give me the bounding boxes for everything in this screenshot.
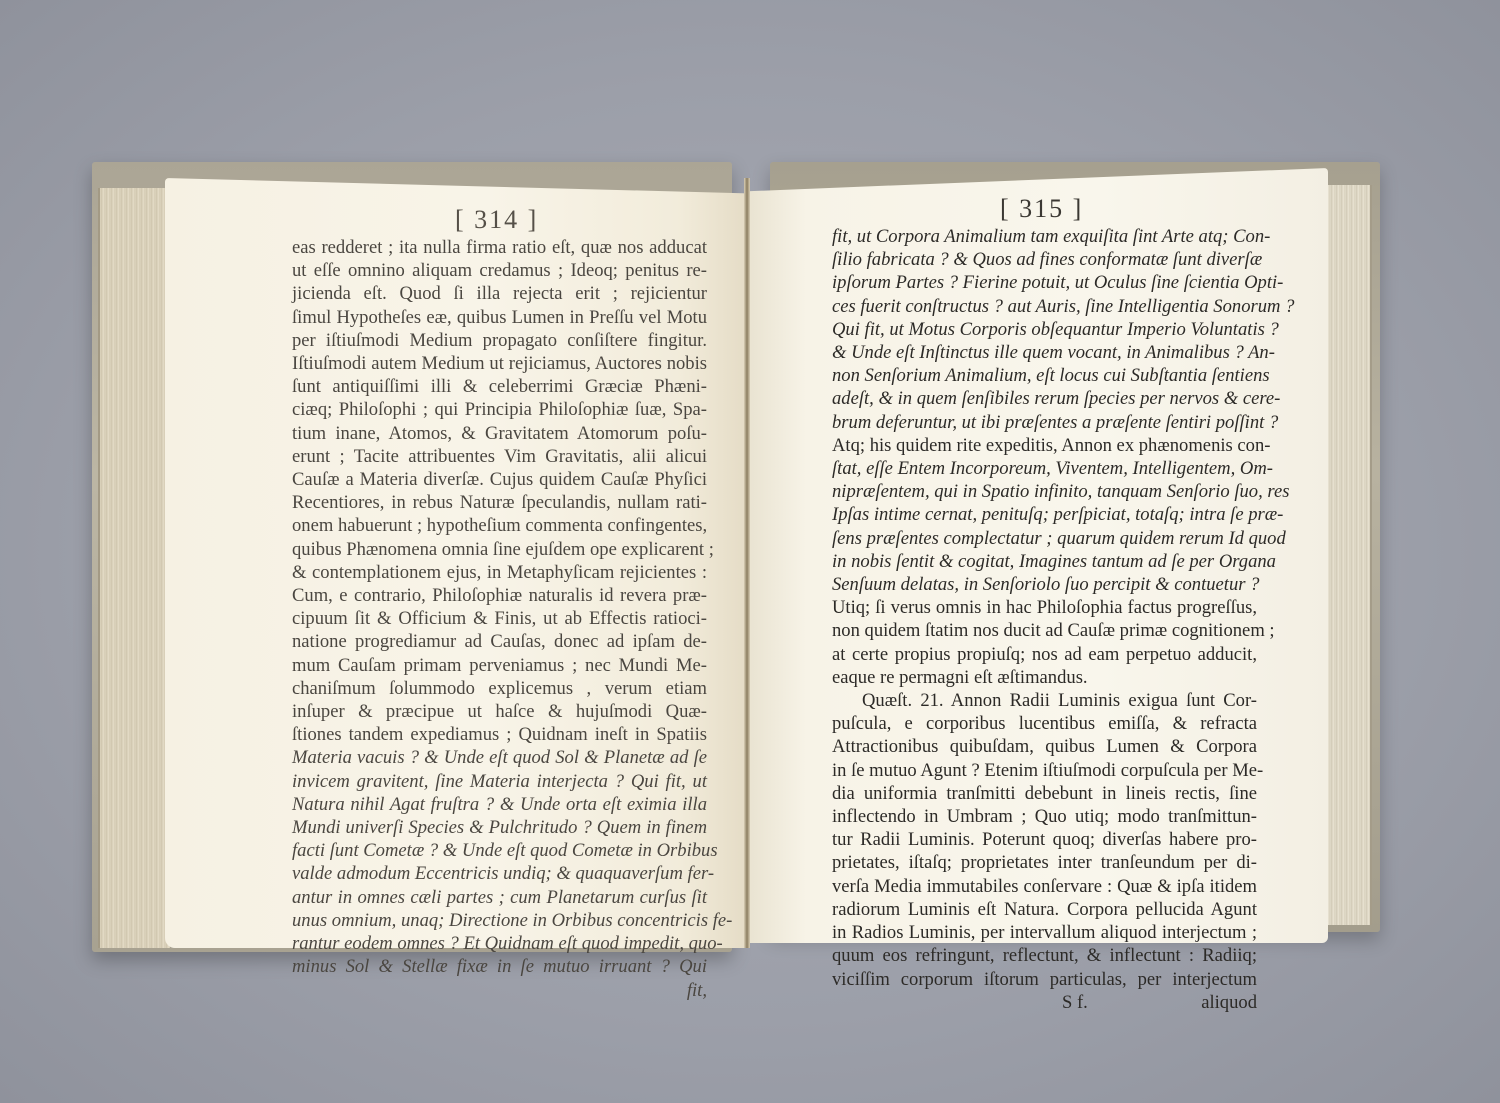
text-line: tium inane, Atomos, & Gravitatem Atomoru… — [292, 422, 707, 445]
text-line: radiorum Luminis eſt Natura. Corpora pel… — [832, 898, 1257, 921]
text-line: quibus Phænomena omnia ſine ejuſdem ope … — [292, 538, 707, 561]
text-line: Attractionibus quibuſdam, quibus Lumen &… — [832, 735, 1257, 758]
text-line: eaque re permagni eſt æſtimandus. — [832, 666, 1257, 689]
text-line: ſtiones tandem expediamus ; Quidnam ineſ… — [292, 723, 707, 746]
text-line: Natura nihil Agat fruſtra ? & Unde orta … — [292, 793, 707, 816]
text-line: in ſe mutuo Agunt ? Etenim iſtiuſmodi co… — [832, 759, 1257, 782]
left-page-text: eas redderet ; ita nulla firma ratio eſt… — [292, 236, 707, 1002]
text-line: Utiq; ſi verus omnis in hac Philoſophia … — [832, 596, 1257, 619]
text-line: prietates, iſtaſq; proprietates inter tr… — [832, 851, 1257, 874]
text-line: tur Radii Luminis. Poterunt quoq; diverſ… — [832, 828, 1257, 851]
text-line: ſilio fabricata ? & Quos ad fines confor… — [832, 248, 1257, 271]
text-line: facti ſunt Cometæ ? & Unde eſt quod Come… — [292, 839, 707, 862]
text-line: rantur eodem omnes ? Et Quidnam eſt quod… — [292, 932, 707, 955]
text-line: ipſorum Partes ? Fierine potuit, ut Ocul… — [832, 271, 1257, 294]
right-page-text: fit, ut Corpora Animalium tam exquiſita … — [832, 225, 1257, 1014]
text-line: ſunt antiquiſſimi illi & celeberrimi Græ… — [292, 375, 707, 398]
text-line: inflectendo in Umbram ; Quo utiq; modo t… — [832, 805, 1257, 828]
text-line: antur in omnes cæli partes ; cum Planeta… — [292, 886, 707, 909]
text-line: non Senſorium Animalium, eſt locus cui S… — [832, 364, 1257, 387]
text-line: cipuum ſit & Officium & Finis, ut ab Eff… — [292, 607, 707, 630]
left-page-edges — [98, 188, 170, 948]
text-line: ſens præſentes complectatur ; quarum qui… — [832, 527, 1257, 550]
text-line: invicem gravitent, ſine Materia interjec… — [292, 770, 707, 793]
text-line: per iſtiuſmodi Medium propagato conſiſte… — [292, 329, 707, 352]
text-line: dia uniformia tranſmitti debebunt in lin… — [832, 782, 1257, 805]
text-line: jicienda eſt. Quod ſi illa rejecta erit … — [292, 282, 707, 305]
text-line: mum Cauſam primam perveniamus ; nec Mund… — [292, 654, 707, 677]
text-line: adeſt, & in quem ſenſibiles rerum ſpecie… — [832, 387, 1257, 410]
text-line: ſtat, eſſe Entem Incorporeum, Viventem, … — [832, 457, 1257, 480]
page-number-left: [ 314 ] — [455, 205, 538, 235]
book-gutter — [744, 178, 750, 948]
text-line: brum deferuntur, ut ibi præſentes a præſ… — [832, 411, 1257, 434]
text-line: unus omnium, unaq; Directione in Orbibus… — [292, 909, 707, 932]
text-line: eas redderet ; ita nulla firma ratio eſt… — [292, 236, 707, 259]
text-line: & contemplationem ejus, in Metaphyſicam … — [292, 561, 707, 584]
text-line: ces fuerit conſtructus ? aut Auris, ſine… — [832, 295, 1257, 318]
text-line: Ipſas intime cernat, penituſq; perſpicia… — [832, 503, 1257, 526]
text-line: chaniſmum ſolummodo explicemus , verum e… — [292, 677, 707, 700]
text-line: Atq; his quidem rite expeditis, Annon ex… — [832, 434, 1257, 457]
text-line: in Radios Luminis, per intervallum aliqu… — [832, 921, 1257, 944]
text-line: erunt ; Tacite attribuentes Vim Gravitat… — [292, 445, 707, 468]
text-line: ciæq; Philoſophi ; qui Principia Philoſo… — [292, 398, 707, 421]
page-number-right: [ 315 ] — [1000, 194, 1083, 224]
open-book: [ 314 ] [ 315 ] eas redderet ; ita nulla… — [0, 0, 1500, 1103]
right-page-edges — [1325, 185, 1372, 925]
text-line: viciſſim corporum iſtorum particulas, pe… — [832, 968, 1257, 991]
text-line: natione progrediamur ad Cauſas, donec ad… — [292, 630, 707, 653]
text-line: ut eſſe omnino aliquam credamus ; Ideoq;… — [292, 259, 707, 282]
text-line: minus Sol & Stellæ fixæ in ſe mutuo irru… — [292, 955, 707, 978]
text-line: inſuper & præcipue ut haſce & hujuſmodi … — [292, 700, 707, 723]
text-line: at certe propius propiuſq; nos ad eam pe… — [832, 643, 1257, 666]
text-line: valde admodum Eccentricis undiq; & quaqu… — [292, 862, 707, 885]
text-line: Materia vacuis ? & Unde eſt quod Sol & P… — [292, 746, 707, 769]
text-line: puſcula, e corporibus lucentibus emiſſa,… — [832, 712, 1257, 735]
text-line: Qui fit, ut Motus Corporis obſequantur I… — [832, 318, 1257, 341]
text-line: in nobis ſentit & cogitat, Imagines tant… — [832, 550, 1257, 573]
text-line: ſimul Hypotheſes eæ, quibus Lumen in Pre… — [292, 306, 707, 329]
page-footer: S f.aliquod — [832, 991, 1257, 1014]
text-line: Quæſt. 21. Annon Radii Luminis exigua ſu… — [832, 689, 1257, 712]
text-line: & Unde eſt Inſtinctus ille quem vocant, … — [832, 341, 1257, 364]
text-line: verſa Media immutabiles conſervare : Quæ… — [832, 875, 1257, 898]
text-line: onem habuerunt ; hypotheſium commenta co… — [292, 514, 707, 537]
text-line: Iſtiuſmodi autem Medium ut rejiciamus, A… — [292, 352, 707, 375]
text-line: Mundi univerſi Species & Pulchritudo ? Q… — [292, 816, 707, 839]
text-line: quum eos refringunt, reflectunt, & infle… — [832, 944, 1257, 967]
text-line: non quidem ſtatim nos ducit ad Cauſæ pri… — [832, 619, 1257, 642]
text-line: fit, ut Corpora Animalium tam exquiſita … — [832, 225, 1257, 248]
catchword: fit, — [292, 979, 707, 1002]
text-line: Senſuum delatas, in Senſoriolo ſuo perci… — [832, 573, 1257, 596]
signature-mark: S f. — [832, 991, 1088, 1014]
catchword: aliquod — [1201, 991, 1257, 1014]
text-line: Cum, e contrario, Philoſophiæ naturalis … — [292, 584, 707, 607]
text-line: Recentiores, in rebus Naturæ ſpeculandis… — [292, 491, 707, 514]
text-line: Cauſæ a Materia diverſæ. Cujus quidem Ca… — [292, 468, 707, 491]
text-line: nipræſentem, qui in Spatio infinito, tan… — [832, 480, 1257, 503]
